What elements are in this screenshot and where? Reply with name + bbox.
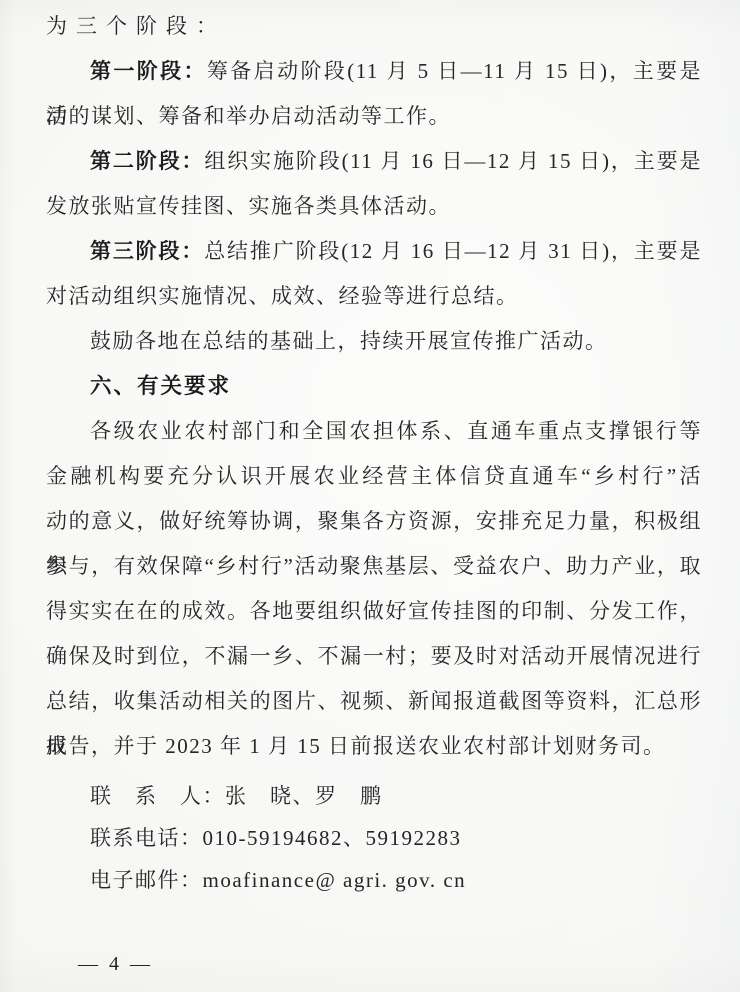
body-text-line: 总结，收集活动相关的图片、视频、新闻报道截图等资料，汇总形成 xyxy=(46,679,702,724)
stage-label: 第一阶段： xyxy=(90,59,207,83)
stage-paragraph-line: 第一阶段：筹备启动阶段(11 月 5 日—11 月 15 日)，主要是活 xyxy=(46,49,702,94)
body-text-line: 确保及时到位，不漏一乡、不漏一村；要及时对活动开展情况进行 xyxy=(46,634,702,679)
stage-label: 第二阶段： xyxy=(90,149,204,173)
body-text-line: 鼓励各地在总结的基础上，持续开展宣传推广活动。 xyxy=(46,319,702,364)
contact-person-line: 联 系 人：张 晓、罗 鹏 xyxy=(46,775,702,817)
body-text-line: 发放张贴宣传挂图、实施各类具体活动。 xyxy=(46,184,702,229)
document-body: 为三个阶段：第一阶段：筹备启动阶段(11 月 5 日—11 月 15 日)，主要… xyxy=(46,4,702,901)
section-heading: 六、有关要求 xyxy=(46,364,702,409)
body-text-line: 为三个阶段： xyxy=(46,4,702,49)
contact-phone-line: 联系电话：010-59194682、59192283 xyxy=(46,817,702,859)
document-page: 为三个阶段：第一阶段：筹备启动阶段(11 月 5 日—11 月 15 日)，主要… xyxy=(0,0,740,992)
body-text-line: 报告，并于 2023 年 1 月 15 日前报送农业农村部计划财务司。 xyxy=(46,724,702,769)
body-text-line: 对活动组织实施情况、成效、经验等进行总结。 xyxy=(46,274,702,319)
body-text-line: 金融机构要充分认识开展农业经营主体信贷直通车“乡村行”活 xyxy=(46,454,702,499)
body-text-line: 参与，有效保障“乡村行”活动聚焦基层、受益农户、助力产业，取 xyxy=(46,544,702,589)
stage-paragraph-line: 第二阶段：组织实施阶段(11 月 16 日—12 月 15 日)，主要是 xyxy=(46,139,702,184)
stage-paragraph-line: 第三阶段：总结推广阶段(12 月 16 日—12 月 31 日)，主要是 xyxy=(46,229,702,274)
body-text-line: 得实实在在的成效。各地要组织做好宣传挂图的印制、分发工作， xyxy=(46,589,702,634)
page-number: — 4 — xyxy=(78,953,153,976)
body-text-line: 动的谋划、筹备和举办启动活动等工作。 xyxy=(46,94,702,139)
stage-label: 第三阶段： xyxy=(90,239,204,263)
body-text-line: 动的意义，做好统筹协调，聚集各方资源，安排充足力量，积极组织 xyxy=(46,499,702,544)
body-text-line: 各级农业农村部门和全国农担体系、直通车重点支撑银行等 xyxy=(46,409,702,454)
contact-email-line: 电子邮件：moafinance@ agri. gov. cn xyxy=(46,859,702,901)
